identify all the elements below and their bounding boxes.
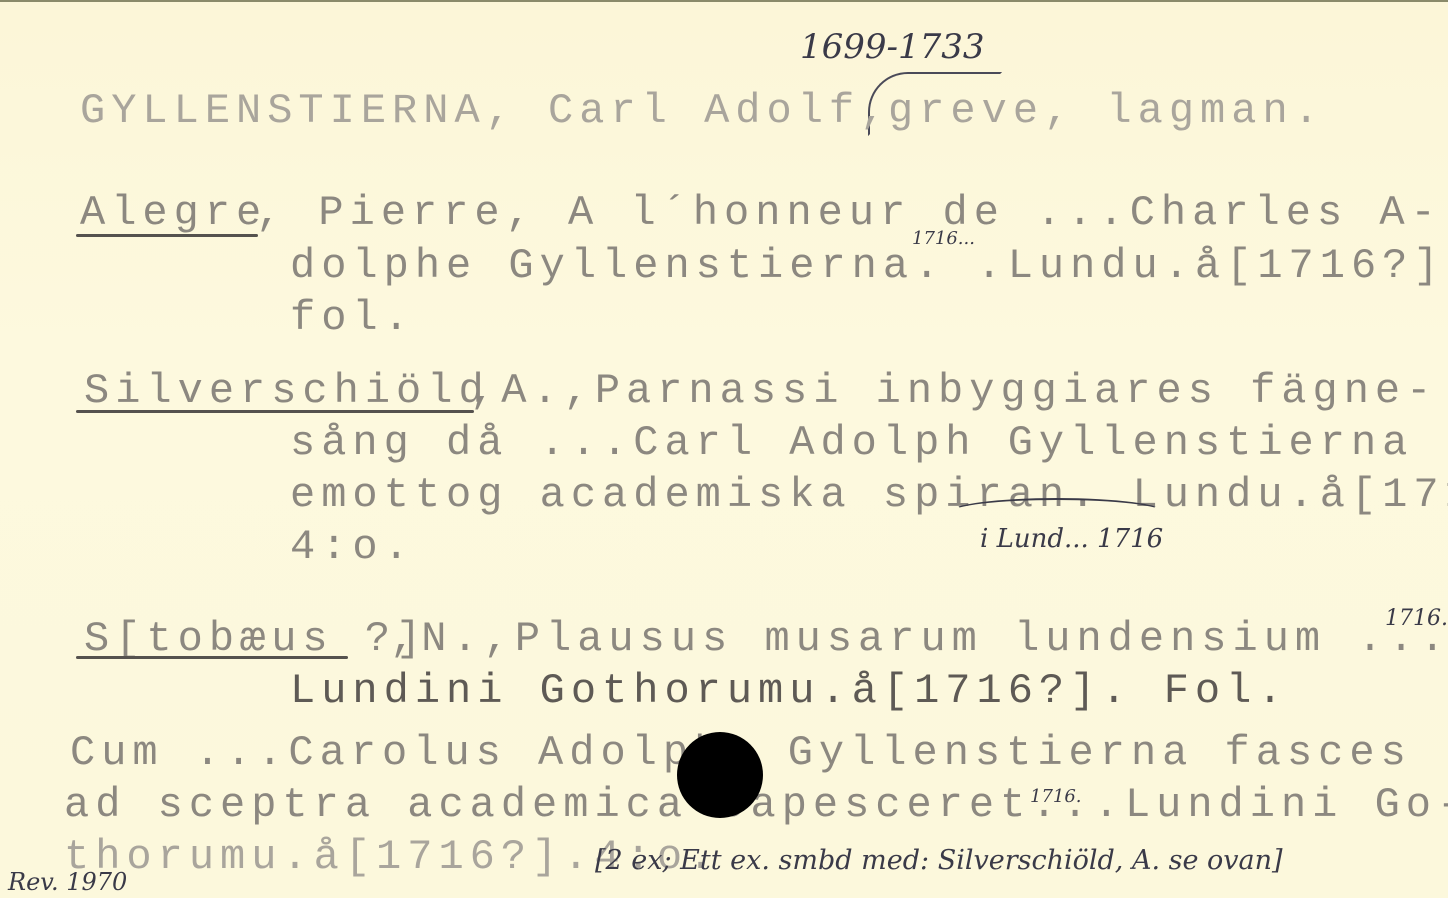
- catalog-card: 1699-1733 GYLLENSTIERNA, Carl Adolf, gre…: [0, 0, 1448, 898]
- author-underline: [76, 410, 474, 413]
- entry-line: 4:o.: [290, 526, 415, 568]
- entry-line: ,N.,Plausus musarum lundensium ...: [390, 618, 1448, 660]
- entry-line: sång då ...Carl Adolph Gyllenstierna: [290, 422, 1413, 464]
- entry-author-stobaeus: S[tobæus ?]: [84, 618, 427, 660]
- handwritten-date-note: 1716.: [1385, 608, 1448, 630]
- punch-hole: [677, 732, 763, 818]
- entry-author-silverschiold: Silverschiöld: [84, 370, 490, 412]
- entry-line: emottog academiska spiran. Lundu.å[1716?…: [290, 474, 1448, 516]
- handwritten-life-dates: 1699-1733: [800, 30, 985, 64]
- handwritten-date-note: 1716.: [1030, 788, 1082, 806]
- entry-line: Lundini Gothorumu.å[1716?]. Fol.: [290, 670, 1289, 712]
- entry-author-alegre: Alegre: [80, 192, 267, 234]
- author-underline: [76, 656, 348, 659]
- insertion-mark: [950, 498, 1164, 526]
- handwritten-place-note: i Lund... 1716: [980, 526, 1163, 552]
- handwritten-date-note: 1716...: [912, 230, 975, 248]
- entry-line: dolphe Gyllenstierna. .Lundu.å[1716?].Pa…: [290, 245, 1448, 287]
- heading-name: GYLLENSTIERNA, Carl Adolf,: [80, 90, 891, 132]
- entry-line: fol.: [290, 297, 415, 339]
- entry-line: ,A.,Parnassi inbyggiares fägne-: [470, 370, 1437, 412]
- handwritten-copies-note: [2 ex; Ett ex. smbd med: Silverschiöld, …: [595, 847, 1283, 874]
- author-underline: [76, 234, 258, 237]
- handwritten-revision-note: Rev. 1970: [8, 870, 127, 894]
- heading-titles: greve, lagman.: [888, 90, 1325, 132]
- entry-line: , Pierre, A l´honneur de ...Charles A-: [256, 192, 1442, 234]
